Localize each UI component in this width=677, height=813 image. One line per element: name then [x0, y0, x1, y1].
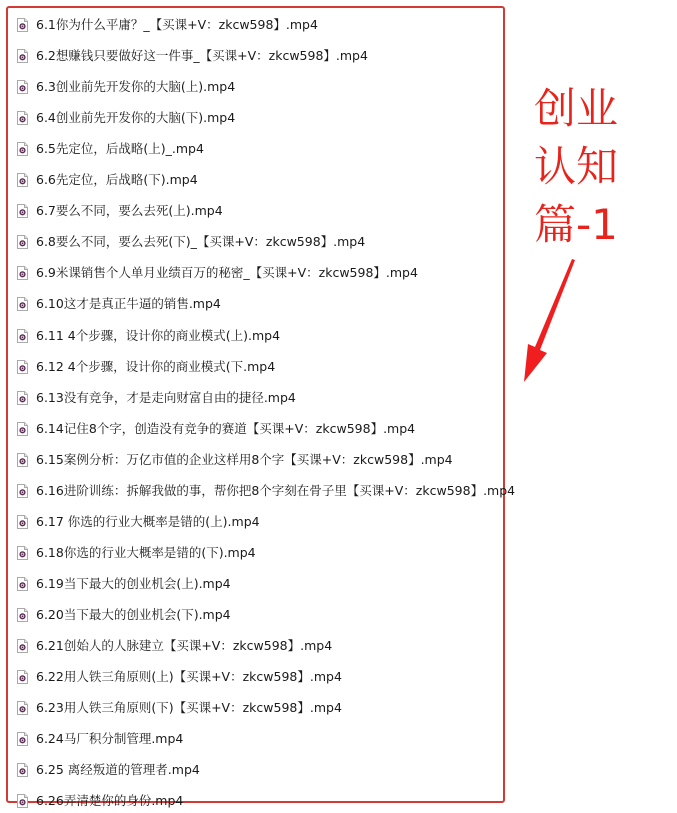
video-file-icon	[17, 701, 28, 715]
file-name: 6.11 4个步骤，设计你的商业模式(上).mp4	[36, 325, 280, 347]
file-name: 6.22用人铁三角原则(上)【买课+V：zkcw598】.mp4	[36, 666, 342, 688]
video-file-icon	[17, 111, 28, 125]
file-name: 6.6先定位，后战略(下).mp4	[36, 169, 198, 191]
video-file-icon	[17, 80, 28, 94]
video-file-icon	[17, 18, 28, 32]
file-list-item[interactable]: 6.15案例分析：万亿市值的企业这样用8个字【买课+V：zkcw598】.mp4	[17, 449, 453, 471]
video-file-icon	[17, 204, 28, 218]
file-list-item[interactable]: 6.25 离经叛道的管理者.mp4	[17, 759, 200, 781]
file-list-item[interactable]: 6.12 4个步骤，设计你的商业模式(下.mp4	[17, 356, 275, 378]
file-list-item[interactable]: 6.6先定位，后战略(下).mp4	[17, 169, 198, 191]
file-name: 6.1你为什么平庸？_【买课+V：zkcw598】.mp4	[36, 14, 318, 36]
file-list-item[interactable]: 6.2想赚钱只要做好这一件事_【买课+V：zkcw598】.mp4	[17, 45, 368, 67]
file-name: 6.19当下最大的创业机会(上).mp4	[36, 573, 231, 595]
file-name: 6.21创始人的人脉建立【买课+V：zkcw598】.mp4	[36, 635, 332, 657]
file-name: 6.25 离经叛道的管理者.mp4	[36, 759, 200, 781]
video-file-icon	[17, 639, 28, 653]
file-name: 6.24马厂积分制管理.mp4	[36, 728, 183, 750]
annotation-line-3: 篇-1	[534, 196, 654, 254]
file-name: 6.17 你选的行业大概率是错的(上).mp4	[36, 511, 260, 533]
file-list-item[interactable]: 6.26弄清楚你的身份.mp4	[17, 790, 183, 812]
file-list-item[interactable]: 6.3创业前先开发你的大脑(上).mp4	[17, 76, 235, 98]
annotation-line-1: 创业	[534, 80, 654, 138]
file-list-item[interactable]: 6.23用人铁三角原则(下)【买课+V：zkcw598】.mp4	[17, 697, 342, 719]
file-list-item[interactable]: 6.8要么不同，要么去死(下)_【买课+V：zkcw598】.mp4	[17, 231, 365, 253]
file-list-item[interactable]: 6.10这才是真正牛逼的销售.mp4	[17, 293, 221, 315]
file-list-item[interactable]: 6.9米课销售个人单月业绩百万的秘密_【买课+V：zkcw598】.mp4	[17, 262, 418, 284]
video-file-icon	[17, 732, 28, 746]
file-name: 6.7要么不同，要么去死(上).mp4	[36, 200, 223, 222]
file-name: 6.9米课销售个人单月业绩百万的秘密_【买课+V：zkcw598】.mp4	[36, 262, 418, 284]
video-file-icon	[17, 484, 28, 498]
video-file-icon	[17, 515, 28, 529]
file-list-item[interactable]: 6.22用人铁三角原则(上)【买课+V：zkcw598】.mp4	[17, 666, 342, 688]
file-name: 6.10这才是真正牛逼的销售.mp4	[36, 293, 221, 315]
file-list-item[interactable]: 6.21创始人的人脉建立【买课+V：zkcw598】.mp4	[17, 635, 332, 657]
video-file-icon	[17, 266, 28, 280]
arrow-down-left-icon	[520, 258, 580, 383]
video-file-icon	[17, 763, 28, 777]
file-list-item[interactable]: 6.13没有竞争，才是走向财富自由的捷径.mp4	[17, 387, 296, 409]
file-list-item[interactable]: 6.18你选的行业大概率是错的(下).mp4	[17, 542, 256, 564]
video-file-icon	[17, 360, 28, 374]
video-file-icon	[17, 329, 28, 343]
file-name: 6.15案例分析：万亿市值的企业这样用8个字【买课+V：zkcw598】.mp4	[36, 449, 453, 471]
video-file-icon	[17, 297, 28, 311]
file-name: 6.26弄清楚你的身份.mp4	[36, 790, 183, 812]
file-name: 6.8要么不同，要么去死(下)_【买课+V：zkcw598】.mp4	[36, 231, 365, 253]
video-file-icon	[17, 173, 28, 187]
video-file-icon	[17, 453, 28, 467]
video-file-icon	[17, 142, 28, 156]
video-file-icon	[17, 235, 28, 249]
file-list-panel: 6.1你为什么平庸？_【买课+V：zkcw598】.mp46.2想赚钱只要做好这…	[6, 6, 505, 803]
file-name: 6.2想赚钱只要做好这一件事_【买课+V：zkcw598】.mp4	[36, 45, 368, 67]
file-name: 6.16进阶训练：拆解我做的事，帮你把8个字刻在骨子里【买课+V：zkcw598…	[36, 480, 515, 502]
file-name: 6.18你选的行业大概率是错的(下).mp4	[36, 542, 256, 564]
file-list-item[interactable]: 6.7要么不同，要么去死(上).mp4	[17, 200, 223, 222]
video-file-icon	[17, 391, 28, 405]
file-name: 6.13没有竞争，才是走向财富自由的捷径.mp4	[36, 387, 296, 409]
file-list-item[interactable]: 6.5先定位，后战略(上)_.mp4	[17, 138, 204, 160]
video-file-icon	[17, 546, 28, 560]
file-name: 6.4创业前先开发你的大脑(下).mp4	[36, 107, 235, 129]
file-list-item[interactable]: 6.16进阶训练：拆解我做的事，帮你把8个字刻在骨子里【买课+V：zkcw598…	[17, 480, 515, 502]
video-file-icon	[17, 422, 28, 436]
file-list-item[interactable]: 6.24马厂积分制管理.mp4	[17, 728, 183, 750]
video-file-icon	[17, 670, 28, 684]
video-file-icon	[17, 577, 28, 591]
file-name: 6.5先定位，后战略(上)_.mp4	[36, 138, 204, 160]
file-list-item[interactable]: 6.11 4个步骤，设计你的商业模式(上).mp4	[17, 325, 280, 347]
annotation-line-2: 认知	[534, 138, 654, 196]
file-name: 6.23用人铁三角原则(下)【买课+V：zkcw598】.mp4	[36, 697, 342, 719]
file-list-item[interactable]: 6.20当下最大的创业机会(下).mp4	[17, 604, 231, 626]
file-list-item[interactable]: 6.19当下最大的创业机会(上).mp4	[17, 573, 231, 595]
file-list-item[interactable]: 6.1你为什么平庸？_【买课+V：zkcw598】.mp4	[17, 14, 318, 36]
file-list-item[interactable]: 6.14记住8个字，创造没有竞争的赛道【买课+V：zkcw598】.mp4	[17, 418, 415, 440]
video-file-icon	[17, 49, 28, 63]
file-name: 6.14记住8个字，创造没有竞争的赛道【买课+V：zkcw598】.mp4	[36, 418, 415, 440]
video-file-icon	[17, 608, 28, 622]
file-list-item[interactable]: 6.17 你选的行业大概率是错的(上).mp4	[17, 511, 260, 533]
file-list-item[interactable]: 6.4创业前先开发你的大脑(下).mp4	[17, 107, 235, 129]
video-file-icon	[17, 794, 28, 808]
file-name: 6.20当下最大的创业机会(下).mp4	[36, 604, 231, 626]
annotation-label: 创业 认知 篇-1	[534, 80, 654, 254]
file-name: 6.3创业前先开发你的大脑(上).mp4	[36, 76, 235, 98]
file-name: 6.12 4个步骤，设计你的商业模式(下.mp4	[36, 356, 275, 378]
